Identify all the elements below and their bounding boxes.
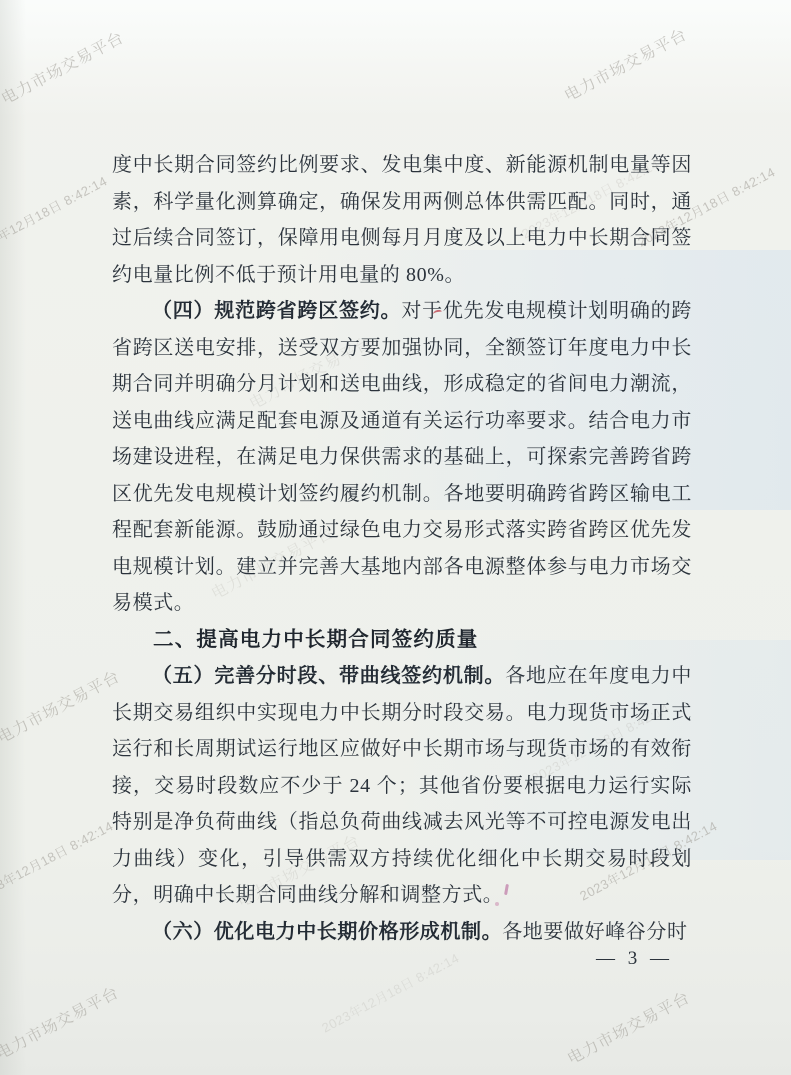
paragraph-body: 各地应在年度电力中长期交易组织中实现电力中长期分时段交易。电力现货市场正式运行和…	[112, 665, 692, 906]
watermark-platform-text: 电力市场交易平台	[560, 22, 691, 106]
scanned-document-page: 电力市场交易平台 电力市场交易平台 2023年12月18日 8:42:14 20…	[0, 0, 791, 1075]
watermark-timestamp-text: 2023年12月18日 8:42:14	[318, 948, 462, 1037]
paragraph-lead: （五）完善分时段、带曲线签约机制。	[152, 665, 505, 687]
paragraph-continuation: 度中长期合同签约比例要求、发电集中度、新能源机制电量等因素，科学量化测算确定，确…	[112, 147, 692, 293]
page-number: — 3 —	[596, 948, 673, 970]
paragraph-body: 度中长期合同签约比例要求、发电集中度、新能源机制电量等因素，科学量化测算确定，确…	[112, 154, 692, 286]
scan-tint	[0, 0, 791, 120]
paragraph-lead: （六）优化电力中长期价格形成机制。	[152, 921, 502, 943]
watermark-platform-text: 电力市场交易平台	[0, 980, 122, 1064]
watermark-platform-text: 电力市场交易平台	[0, 25, 127, 109]
watermark-timestamp-text: 2023年12月18日 8:42:14	[0, 816, 116, 905]
paragraph-body: 各地要做好峰谷分时	[502, 921, 687, 943]
paragraph-item-5: （五）完善分时段、带曲线签约机制。各地应在年度电力中长期交易组织中实现电力中长期…	[112, 658, 692, 914]
scan-tint	[0, 0, 26, 1075]
paragraph-body: 对于优先发电规模计划明确的跨省跨区送电安排，送受双方要加强协同，全额签订年度电力…	[112, 300, 692, 614]
watermark-platform-text: 电力市场交易平台	[0, 664, 123, 748]
paragraph-lead: （四）规范跨省跨区签约。	[152, 300, 401, 322]
watermark-timestamp-text: 2023年12月18日 8:42:14	[0, 171, 110, 260]
paragraph-item-6: （六）优化电力中长期价格形成机制。各地要做好峰谷分时	[112, 914, 692, 951]
watermark-platform-text: 电力市场交易平台	[563, 985, 694, 1069]
document-body: 度中长期合同签约比例要求、发电集中度、新能源机制电量等因素，科学量化测算确定，确…	[112, 147, 692, 950]
section-heading: 二、提高电力中长期合同签约质量	[112, 622, 692, 659]
paragraph-item-4: （四）规范跨省跨区签约。对于优先发电规模计划明确的跨省跨区送电安排，送受双方要加…	[112, 293, 692, 622]
